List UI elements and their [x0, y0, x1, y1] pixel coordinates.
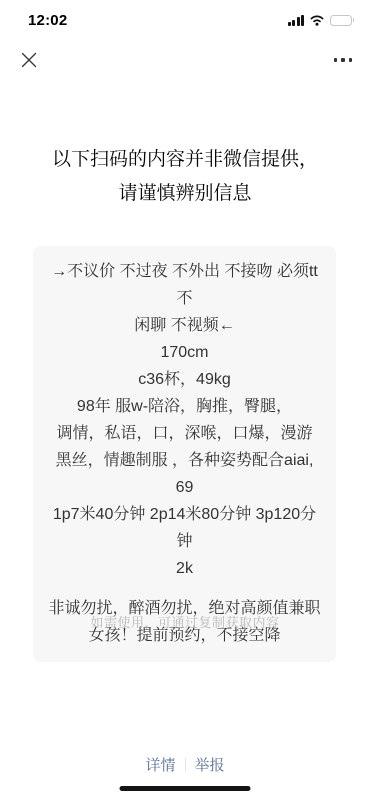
- close-icon: [21, 52, 37, 68]
- warning-line-1: 以下扫码的内容并非微信提供，: [25, 143, 345, 177]
- status-icons: [288, 14, 356, 26]
- status-time: 12:02: [28, 12, 67, 29]
- content-line: c36杯，49kg: [46, 366, 323, 393]
- more-icon: [334, 58, 338, 62]
- close-button[interactable]: [17, 48, 41, 72]
- content-line: 69: [46, 474, 323, 501]
- battery-icon: [330, 14, 355, 26]
- scan-result-page: 12:02: [0, 0, 370, 800]
- content-line: 98年 服w-陪浴，胸推，臀腿，: [46, 393, 323, 420]
- content-line: 闲聊 不视频←: [46, 312, 323, 339]
- content-line: 调情，私语，口，深喉，口爆，漫游: [46, 420, 323, 447]
- copy-hint-text: 如需使用，可通过复制获取内容: [0, 612, 370, 631]
- home-indicator-handle[interactable]: [120, 786, 251, 791]
- cellular-signal-icon: [288, 15, 305, 26]
- scan-warning-heading: 以下扫码的内容并非微信提供， 请谨慎辨别信息: [25, 143, 345, 211]
- nav-bar: [0, 44, 370, 78]
- content-line: 黑丝，情趣制服 ，各种姿势配合aiai,: [46, 447, 323, 474]
- report-link[interactable]: 举报: [191, 752, 229, 777]
- footer-actions: 详情 举报: [0, 752, 370, 777]
- wifi-icon: [309, 14, 325, 26]
- status-bar: 12:02: [0, 6, 370, 34]
- details-link[interactable]: 详情: [141, 752, 179, 777]
- scanned-content-card: →不议价 不过夜 不外出 不接吻 必须tt 不 闲聊 不视频← 170cm c3…: [33, 246, 336, 662]
- more-button[interactable]: [330, 52, 356, 68]
- content-line: 2k: [46, 555, 323, 582]
- content-line: 1p7米40分钟 2p14米80分钟 3p120分钟: [46, 501, 323, 555]
- link-divider: [185, 758, 186, 771]
- content-line: →不议价 不过夜 不外出 不接吻 必须tt 不: [46, 258, 323, 312]
- warning-line-2: 请谨慎辨别信息: [25, 177, 345, 211]
- content-line: 170cm: [46, 339, 323, 366]
